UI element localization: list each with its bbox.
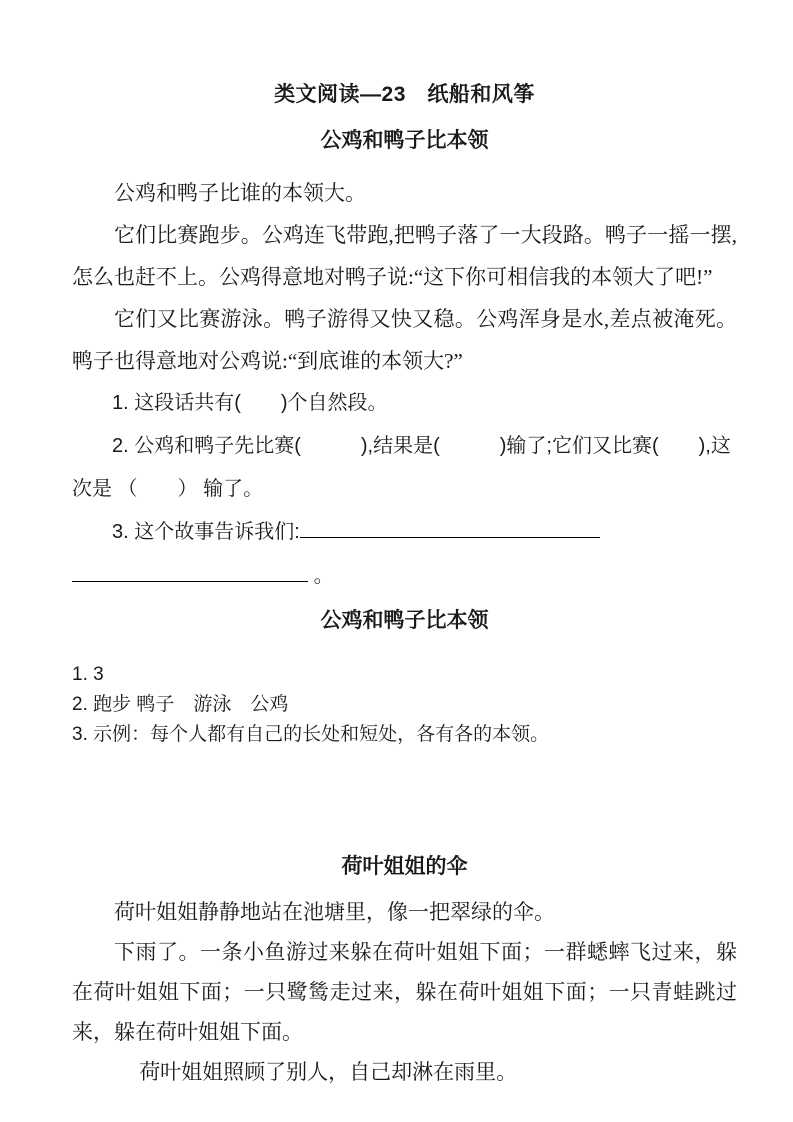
story-paragraph: 它们比赛跑步。公鸡连飞带跑,把鸭子落了一大段路。鸭子一摇一摆,怎么也赶不上。公鸡… bbox=[72, 214, 737, 298]
story-paragraph: 下雨了。一条小鱼游过来躲在荷叶姐姐下面；一群蟋蟀飞过来，躲在荷叶姐姐下面；一只鹭… bbox=[72, 932, 737, 1052]
reading-section-rooster-duck: 公鸡和鸭子比本领 公鸡和鸭子比谁的本领大。 它们比赛跑步。公鸡连飞带跑,把鸭子落… bbox=[72, 128, 737, 598]
story-heading: 荷叶姐姐的伞 bbox=[72, 854, 737, 880]
question-2: 2. 公鸡和鸭子先比赛( ),结果是( )输了;它们又比赛( ),这次是 （ ）… bbox=[72, 425, 737, 511]
story-paragraph: 荷叶姐姐静静地站在池塘里，像一把翠绿的伞。 bbox=[72, 892, 737, 932]
question-3: 3. 这个故事告诉我们: bbox=[72, 511, 737, 554]
question-1: 1. 这段话共有( )个自然段。 bbox=[72, 382, 737, 425]
question-3-text: 3. 这个故事告诉我们: bbox=[112, 521, 300, 543]
story-paragraph: 它们又比赛游泳。鸭子游得又快又稳。公鸡浑身是水,差点被淹死。鸭子也得意地对公鸡说… bbox=[72, 298, 737, 382]
document-title: 类文阅读—23 纸船和风筝 bbox=[72, 82, 737, 108]
answer-item-1: 1. 3 bbox=[72, 660, 737, 690]
reading-section-lotus-leaf: 荷叶姐姐的伞 荷叶姐姐静静地站在池塘里，像一把翠绿的伞。 下雨了。一条小鱼游过来… bbox=[72, 854, 737, 1092]
answer-key-heading: 公鸡和鸭子比本领 bbox=[72, 608, 737, 634]
story-paragraph: 公鸡和鸭子比谁的本领大。 bbox=[72, 172, 737, 214]
story-heading: 公鸡和鸭子比本领 bbox=[72, 128, 737, 154]
answer-item-2: 2. 跑步 鸭子 游泳 公鸡 bbox=[72, 690, 737, 720]
answer-blank-line bbox=[72, 561, 308, 582]
answer-key-section: 公鸡和鸭子比本领 1. 3 2. 跑步 鸭子 游泳 公鸡 3. 示例：每个人都有… bbox=[72, 608, 737, 750]
answer-blank-line bbox=[300, 517, 600, 538]
answer-item-3: 3. 示例：每个人都有自己的长处和短处，各有各的本领。 bbox=[72, 720, 737, 750]
document-page: 类文阅读—23 纸船和风筝 公鸡和鸭子比本领 公鸡和鸭子比谁的本领大。 它们比赛… bbox=[0, 0, 793, 1122]
question-3-continuation: 。 bbox=[72, 554, 737, 598]
question-3-end-punctuation: 。 bbox=[314, 565, 334, 587]
story-paragraph: 荷叶姐姐照顾了别人，自己却淋在雨里。 bbox=[72, 1052, 737, 1092]
